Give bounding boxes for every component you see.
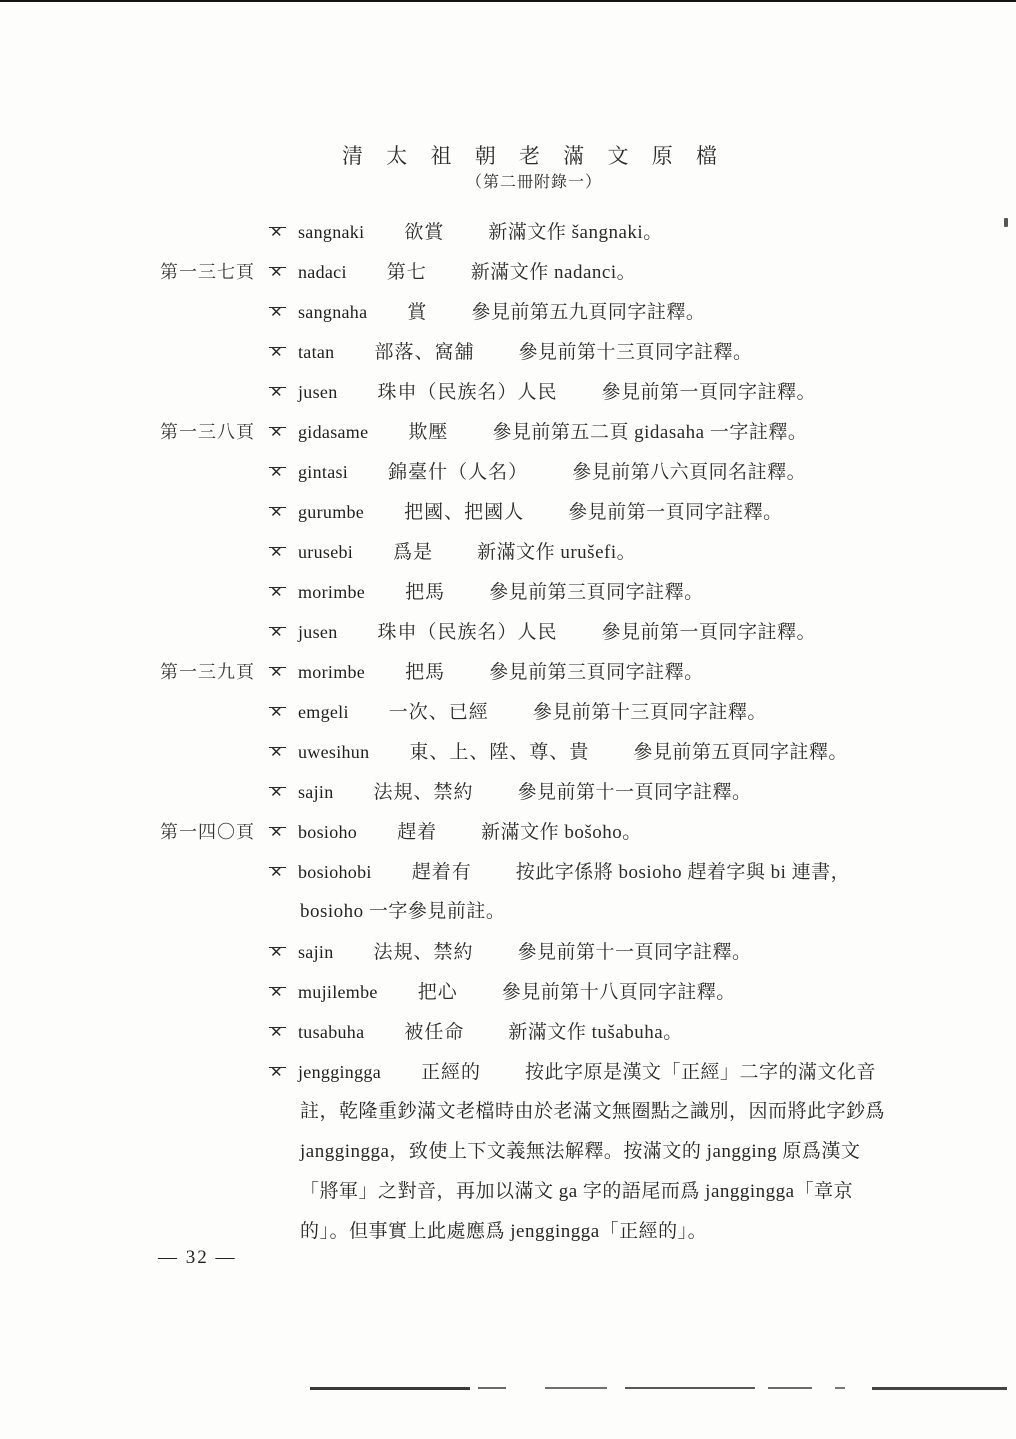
entry-note: 參見前第八六頁同名註釋。 <box>572 462 806 483</box>
entry-word: gidasame <box>298 422 368 442</box>
entry-word: uwesihun <box>298 742 369 762</box>
entry-word: mujilembe <box>298 982 378 1002</box>
reference-cross-icon: ✕ <box>270 852 290 892</box>
entry-row: ✕tusabuha被任命新滿文作 tušabuha。 <box>160 1012 990 1052</box>
scan-artifact-segment <box>625 1387 755 1389</box>
entry-note: 參見前第十八頁同字註釋。 <box>502 982 736 1003</box>
page-title: 清 太 祖 朝 老 滿 文 原 檔 <box>26 140 1016 170</box>
entry-gloss: 部落、窩舖 <box>374 342 474 363</box>
entry-row: ✕sangnaha賞參見前第五九頁同字註釋。 <box>160 292 990 332</box>
entry-continuation-row: 的」。但事實上此處應爲 jenggingga「正經的」。 <box>160 1212 990 1252</box>
entry-note: 新滿文作 šangnaki。 <box>488 222 662 243</box>
page-label: 第一三七頁 <box>160 252 270 292</box>
entry-row: ✕jenggingga正經的按此字原是漢文「正經」二字的滿文化音 <box>160 1052 990 1092</box>
entry-row: ✕emgeli一次、已經參見前第十三頁同字註釋。 <box>160 692 990 732</box>
entry-gloss: 欺壓 <box>408 422 448 443</box>
entry-gloss: 正經的 <box>421 1062 481 1083</box>
entry-gloss: 第七 <box>387 262 427 283</box>
entry-row: ✕gintasi錦臺什（人名）參見前第八六頁同名註釋。 <box>160 452 990 492</box>
entry-gloss: 法規、禁約 <box>374 942 474 963</box>
entry-gloss: 一次、已經 <box>389 702 489 723</box>
reference-cross-icon: ✕ <box>270 692 290 732</box>
scan-artifact-segment <box>478 1387 506 1389</box>
entry-word: nadaci <box>298 262 347 282</box>
scan-artifact-segment <box>872 1387 1007 1390</box>
reference-cross-icon: ✕ <box>270 332 290 372</box>
reference-cross-icon: ✕ <box>270 532 290 572</box>
entry-word: gurumbe <box>298 502 364 522</box>
reference-cross-icon: ✕ <box>270 772 290 812</box>
entry-note: 新滿文作 tušabuha。 <box>508 1022 682 1043</box>
entry-row: ✕urusebi爲是新滿文作 urušefi。 <box>160 532 990 572</box>
entry-gloss: 把國、把國人 <box>404 502 524 523</box>
scan-artifact-segment <box>545 1387 607 1389</box>
continuation-text: 註，乾隆重鈔滿文老檔時由於老滿文無圈點之識別，因而將此字鈔爲 <box>300 1101 885 1122</box>
reference-cross-icon: ✕ <box>270 492 290 532</box>
entry-note: 參見前第一頁同字註釋。 <box>602 622 817 643</box>
entry-row: ✕tatan部落、窩舖參見前第十三頁同字註釋。 <box>160 332 990 372</box>
entry-note: 參見前第十三頁同字註釋。 <box>519 342 753 363</box>
scan-artifact-segment <box>835 1387 845 1389</box>
reference-cross-icon: ✕ <box>270 1052 290 1092</box>
entry-note: 新滿文作 nadanci。 <box>471 262 636 283</box>
glossary-entries: ✕sangnaki欲賞新滿文作 šangnaki。第一三七頁✕nadaci第七新… <box>160 212 990 1252</box>
entry-gloss: 把馬 <box>405 582 445 603</box>
entry-word: bosioho <box>298 822 357 842</box>
entry-note: 新滿文作 urušefi。 <box>477 542 636 563</box>
entry-continuation-row: janggingga，致使上下文義無法解釋。按滿文的 jangging 原爲漢文 <box>160 1132 990 1172</box>
reference-cross-icon: ✕ <box>270 1012 290 1052</box>
reference-cross-icon: ✕ <box>270 732 290 772</box>
entry-note: 參見前第十一頁同字註釋。 <box>518 782 752 803</box>
continuation-text: 的」。但事實上此處應爲 jenggingga「正經的」。 <box>300 1221 707 1242</box>
entry-row: ✕sajin法規、禁約參見前第十一頁同字註釋。 <box>160 932 990 972</box>
entry-note: 參見前第十三頁同字註釋。 <box>533 702 767 723</box>
entry-word: morimbe <box>298 582 365 602</box>
entry-row: ✕bosiohobi趕着有按此字係將 bosioho 趕着字與 bi 連書， <box>160 852 990 892</box>
entry-continuation-row: bosioho 一字參見前註。 <box>160 892 990 932</box>
entry-note: 參見前第五九頁同字註釋。 <box>471 302 705 323</box>
entry-row: ✕morimbe把馬參見前第三頁同字註釋。 <box>160 572 990 612</box>
page-label: 第一四〇頁 <box>160 812 270 852</box>
entry-word: morimbe <box>298 662 365 682</box>
reference-cross-icon: ✕ <box>270 812 290 852</box>
entry-word: sangnaki <box>298 222 364 242</box>
entry-word: sajin <box>298 942 334 962</box>
reference-cross-icon: ✕ <box>270 252 290 292</box>
reference-cross-icon: ✕ <box>270 572 290 612</box>
entry-gloss: 爲是 <box>393 542 433 563</box>
entry-row: ✕uwesihun東、上、陞、尊、貴參見前第五頁同字註釋。 <box>160 732 990 772</box>
entry-word: jenggingga <box>298 1062 381 1082</box>
scanned-document-page: 清 太 祖 朝 老 滿 文 原 檔 （第二冊附錄一） ✕sangnaki欲賞新滿… <box>0 0 1016 1439</box>
reference-cross-icon: ✕ <box>270 292 290 332</box>
entry-word: tatan <box>298 342 334 362</box>
entry-row: ✕sangnaki欲賞新滿文作 šangnaki。 <box>160 212 990 252</box>
entry-gloss: 珠申（民族名）人民 <box>378 622 558 643</box>
entry-note: 按此字係將 bosioho 趕着字與 bi 連書， <box>516 862 850 883</box>
entry-word: gintasi <box>298 462 348 482</box>
continuation-text: 「將軍」之對音，再加以滿文 ga 字的語尾而爲 janggingga「章京 <box>300 1181 853 1202</box>
entry-row: 第一四〇頁✕bosioho趕着新滿文作 bošoho。 <box>160 812 990 852</box>
entry-gloss: 法規、禁約 <box>374 782 474 803</box>
reference-cross-icon: ✕ <box>270 972 290 1012</box>
entry-row: ✕sajin法規、禁約參見前第十一頁同字註釋。 <box>160 772 990 812</box>
scan-artifact-segment <box>768 1387 812 1389</box>
entry-note: 參見前第一頁同字註釋。 <box>568 502 783 523</box>
entry-gloss: 賞 <box>407 302 427 323</box>
entry-row: 第一三九頁✕morimbe把馬參見前第三頁同字註釋。 <box>160 652 990 692</box>
entry-word: emgeli <box>298 702 349 722</box>
entry-row: 第一三七頁✕nadaci第七新滿文作 nadanci。 <box>160 252 990 292</box>
entry-gloss: 東、上、陞、尊、貴 <box>409 742 589 763</box>
page-subtitle: （第二冊附錄一） <box>26 169 1016 192</box>
continuation-text: janggingga，致使上下文義無法解釋。按滿文的 jangging 原爲漢文 <box>300 1141 860 1162</box>
entry-note: 新滿文作 bošoho。 <box>481 822 642 843</box>
entry-gloss: 把馬 <box>405 662 445 683</box>
entry-row: ✕mujilembe把心參見前第十八頁同字註釋。 <box>160 972 990 1012</box>
reference-cross-icon: ✕ <box>270 932 290 972</box>
entry-continuation-row: 註，乾隆重鈔滿文老檔時由於老滿文無圈點之識別，因而將此字鈔爲 <box>160 1092 990 1132</box>
entry-gloss: 珠申（民族名）人民 <box>378 382 558 403</box>
reference-cross-icon: ✕ <box>270 212 290 252</box>
entry-note: 參見前第一頁同字註釋。 <box>602 382 817 403</box>
folio-page-number: — 32 — <box>158 1238 237 1278</box>
entry-note: 參見前第三頁同字註釋。 <box>489 582 704 603</box>
scan-artifact-segment <box>310 1387 470 1390</box>
entry-gloss: 欲賞 <box>404 222 444 243</box>
reference-cross-icon: ✕ <box>270 372 290 412</box>
entry-gloss: 趕着 <box>397 822 437 843</box>
entry-word: sajin <box>298 782 334 802</box>
reference-cross-icon: ✕ <box>270 612 290 652</box>
entry-note: 參見前第五頁同字註釋。 <box>633 742 848 763</box>
entry-word: jusen <box>298 382 338 402</box>
entry-gloss: 被任命 <box>404 1022 464 1043</box>
entry-note: 參見前第五二頁 gidasaha 一字註釋。 <box>492 422 807 443</box>
entry-row: ✕gurumbe把國、把國人參見前第一頁同字註釋。 <box>160 492 990 532</box>
entry-gloss: 趕着有 <box>412 862 472 883</box>
entry-row: ✕jusen珠申（民族名）人民參見前第一頁同字註釋。 <box>160 372 990 412</box>
entry-note: 參見前第三頁同字註釋。 <box>489 662 704 683</box>
entry-row: 第一三八頁✕gidasame欺壓參見前第五二頁 gidasaha 一字註釋。 <box>160 412 990 452</box>
reference-cross-icon: ✕ <box>270 412 290 452</box>
scan-speck-artifact <box>1004 218 1008 227</box>
entry-word: sangnaha <box>298 302 367 322</box>
entry-row: ✕jusen珠申（民族名）人民參見前第一頁同字註釋。 <box>160 612 990 652</box>
entry-continuation-row: 「將軍」之對音，再加以滿文 ga 字的語尾而爲 janggingga「章京 <box>160 1172 990 1212</box>
continuation-text: bosioho 一字參見前註。 <box>300 901 505 922</box>
reference-cross-icon: ✕ <box>270 652 290 692</box>
entry-word: tusabuha <box>298 1022 364 1042</box>
entry-note: 按此字原是漢文「正經」二字的滿文化音 <box>525 1062 876 1083</box>
reference-cross-icon: ✕ <box>270 452 290 492</box>
entry-note: 參見前第十一頁同字註釋。 <box>518 942 752 963</box>
scan-top-edge <box>0 0 1016 2</box>
entry-word: urusebi <box>298 542 353 562</box>
page-label: 第一三九頁 <box>160 652 270 692</box>
entry-gloss: 把心 <box>418 982 458 1003</box>
entry-gloss: 錦臺什（人名） <box>388 462 528 483</box>
page-label: 第一三八頁 <box>160 412 270 452</box>
entry-word: jusen <box>298 622 338 642</box>
entry-word: bosiohobi <box>298 862 372 882</box>
